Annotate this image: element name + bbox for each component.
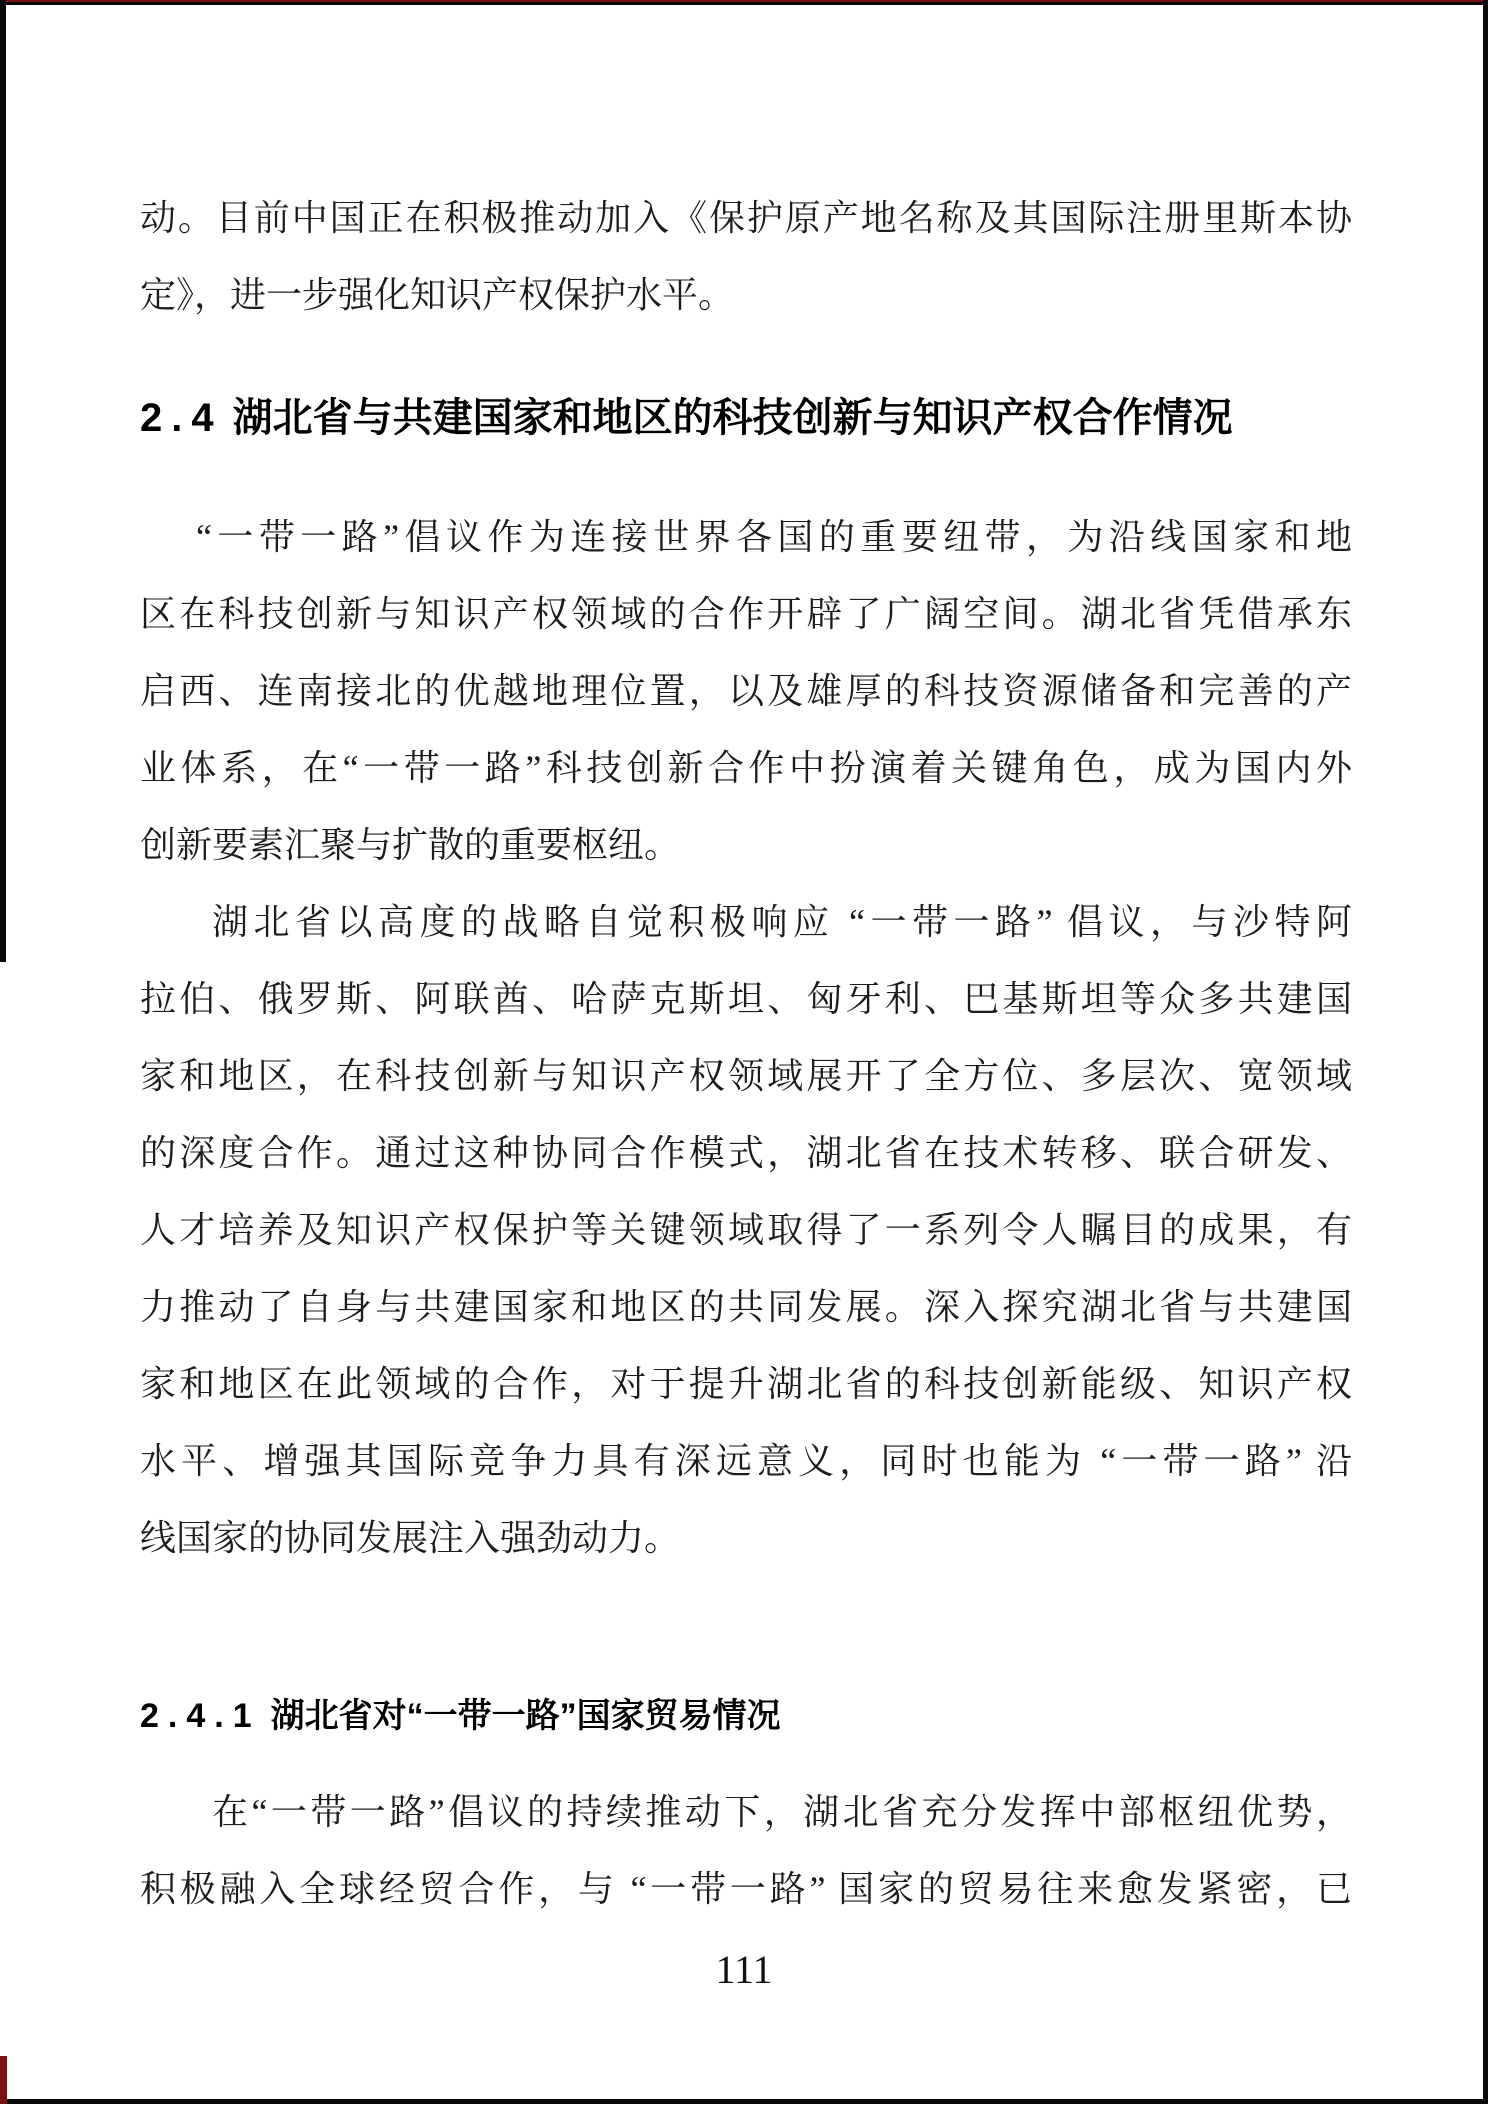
- text-line: 力推动了自身与共建国家和地区的共同发展。深入探究湖北省与共建国: [140, 1269, 1352, 1346]
- paragraph-1: “一带一路”倡议作为连接世界各国的重要纽带，为沿线国家和地 区在科技创新与知识产…: [140, 499, 1352, 884]
- scan-artifact-left: [0, 0, 6, 962]
- text-line: 人才培养及知识产权保护等关键领域取得了一系列令人瞩目的成果，有: [140, 1192, 1352, 1269]
- paragraph-3: 在“一带一路”倡议的持续推动下，湖北省充分发挥中部枢纽优势， 积极融入全球经贸合…: [140, 1774, 1352, 1928]
- page-number: 111: [0, 1942, 1488, 1998]
- text-line: 定》，进一步强化知识产权保护水平。: [140, 257, 1352, 334]
- paragraph-previous: 动。目前中国正在积极推动加入《保护原产地名称及其国际注册里斯本协 定》，进一步强…: [140, 180, 1352, 334]
- text-line: 动。目前中国正在积极推动加入《保护原产地名称及其国际注册里斯本协: [140, 180, 1352, 257]
- scan-artifact-right: [1483, 0, 1488, 2104]
- text-line: 拉伯、俄罗斯、阿联酋、哈萨克斯坦、匈牙利、巴基斯坦等众多共建国: [140, 961, 1352, 1038]
- subsection-title: 湖北省对“一带一路”国家贸易情况: [271, 1697, 781, 1735]
- text-line: 家和地区在此领域的合作，对于提升湖北省的科技创新能级、知识产权: [140, 1346, 1352, 1423]
- text-line: 启西、连南接北的优越地理位置，以及雄厚的科技资源储备和完善的产: [140, 653, 1352, 730]
- text-line: 业体系，在“一带一路”科技创新合作中扮演着关键角色，成为国内外: [140, 730, 1352, 807]
- text-line: “一带一路”倡议作为连接世界各国的重要纽带，为沿线国家和地: [140, 499, 1352, 576]
- text-line: 湖北省以高度的战略自觉积极响应 “一带一路” 倡议，与沙特阿: [140, 884, 1352, 961]
- text-line: 积极融入全球经贸合作，与 “一带一路” 国家的贸易往来愈发紧密，已: [140, 1851, 1352, 1928]
- text-line: 的深度合作。通过这种协同合作模式，湖北省在技术转移、联合研发、: [140, 1115, 1352, 1192]
- section-title: 湖北省与共建国家和地区的科技创新与知识产权合作情况: [233, 396, 1233, 440]
- text-line: 水平、增强其国际竞争力具有深远意义，同时也能为 “一带一路” 沿: [140, 1423, 1352, 1500]
- text-line: 创新要素汇聚与扩散的重要枢纽。: [140, 807, 1352, 884]
- document-page: 动。目前中国正在积极推动加入《保护原产地名称及其国际注册里斯本协 定》，进一步强…: [0, 0, 1488, 2104]
- text-line: 家和地区，在科技创新与知识产权领域展开了全方位、多层次、宽领域: [140, 1038, 1352, 1115]
- section-heading: 2.4湖北省与共建国家和地区的科技创新与知识产权合作情况: [140, 380, 1440, 457]
- section-number: 2.4: [140, 396, 223, 440]
- scan-artifact-top: [0, 2, 1488, 5]
- scan-artifact-corner-red: [0, 2056, 7, 2104]
- text-line: 区在科技创新与知识产权领域的合作开辟了广阔空间。湖北省凭借承东: [140, 576, 1352, 653]
- text-line: 在“一带一路”倡议的持续推动下，湖北省充分发挥中部枢纽优势，: [140, 1774, 1352, 1851]
- subsection-number: 2.4.1: [140, 1697, 261, 1735]
- paragraph-2: 湖北省以高度的战略自觉积极响应 “一带一路” 倡议，与沙特阿 拉伯、俄罗斯、阿联…: [140, 884, 1352, 1577]
- subsection-heading: 2.4.1湖北省对“一带一路”国家贸易情况: [140, 1678, 1440, 1755]
- scan-artifact-bottom: [0, 2099, 1488, 2104]
- text-line: 线国家的协同发展注入强劲动力。: [140, 1500, 1352, 1577]
